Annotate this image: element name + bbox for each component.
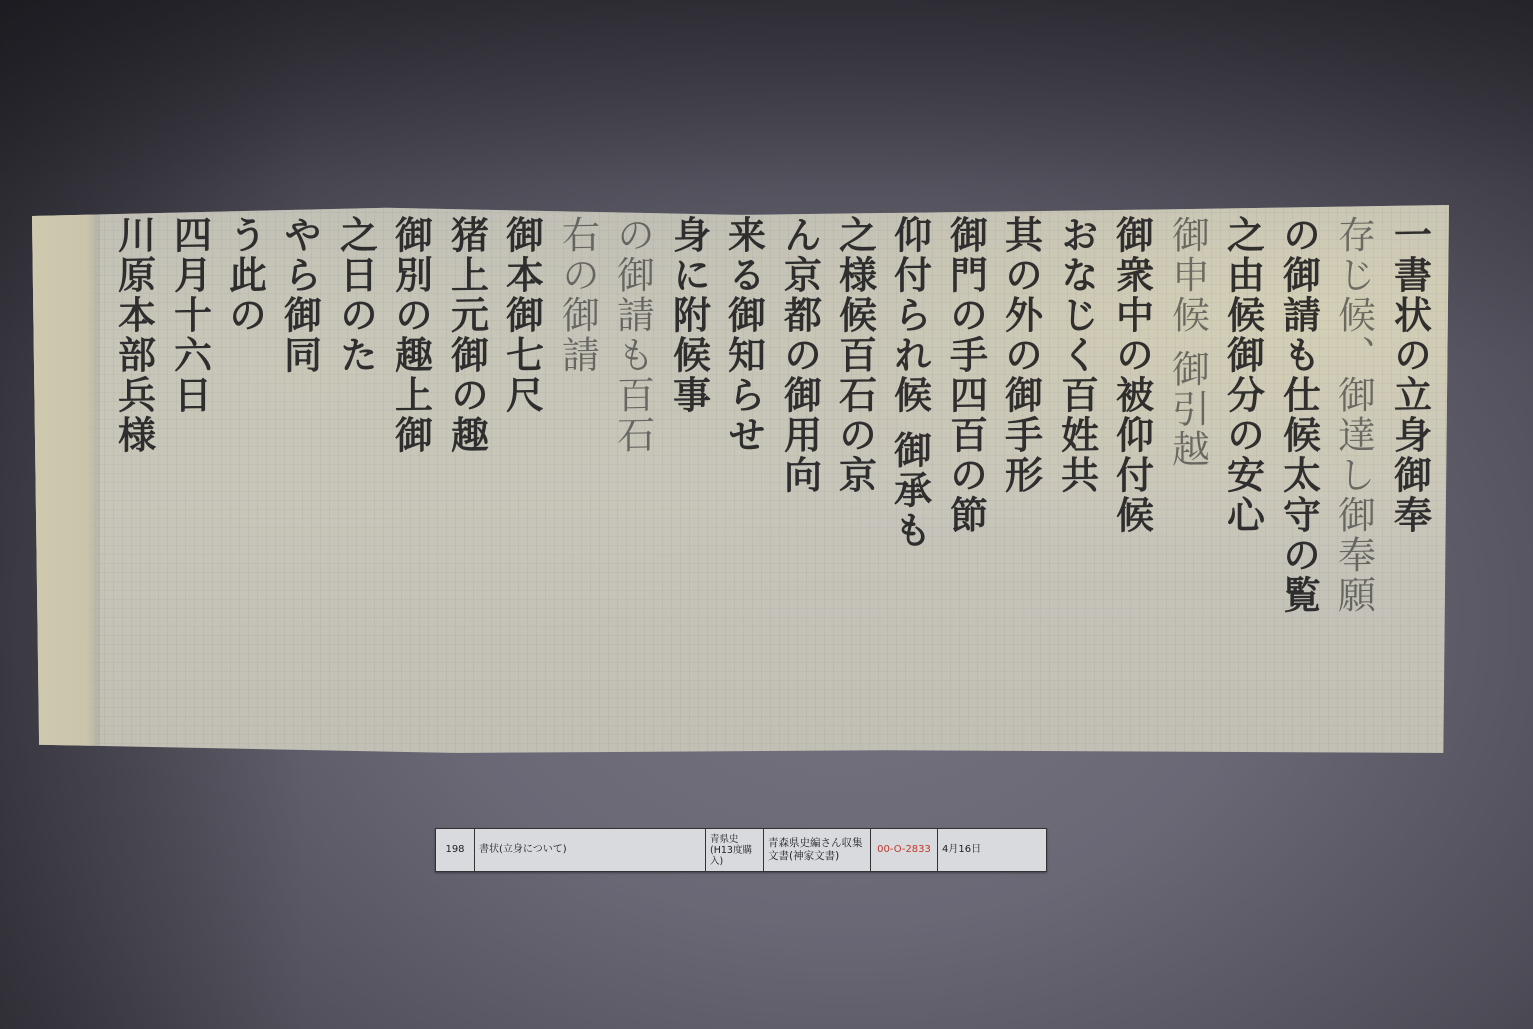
label-catalog-id: 00-O-2833 <box>871 829 938 871</box>
label-date: 4月16日 <box>938 829 1046 871</box>
text-column: 其の外の御手形 <box>999 215 1046 744</box>
label-number: 198 <box>436 829 475 871</box>
catalog-label: 198 書状(立身について) 青県史(H13度購入) 青森県史編さん収集文書(神… <box>435 828 1047 872</box>
calligraphy-text: 一書状の立身御奉 存じ候、御達し御奉願 の御請も仕候太守の覧 之由候御分の安心 … <box>112 215 1435 743</box>
date-column: 四月十六日 <box>168 215 215 744</box>
text-column: う此の <box>223 215 270 744</box>
text-column: ん京都の御用向 <box>778 215 825 744</box>
label-collection: 青森県史編さん収集文書(神家文書) <box>764 829 871 871</box>
text-column: 御申候 御引越 <box>1166 215 1213 744</box>
paper-fold-edge <box>32 205 100 753</box>
text-column: 之由候御分の安心 <box>1221 215 1268 744</box>
text-column: 一書状の立身御奉 <box>1388 215 1435 744</box>
text-column: 猪上元御の趣 <box>445 215 492 744</box>
text-column: 仰付られ候 御承も <box>888 215 935 744</box>
text-column: 御門の手四百の節 <box>944 215 991 744</box>
label-source: 青県史(H13度購入) <box>706 829 764 871</box>
text-column: 御別の趣上御 <box>389 215 436 744</box>
text-column: の御請も仕候太守の覧 <box>1277 215 1324 744</box>
text-column: 之様候百石の京 <box>833 215 880 744</box>
text-column: おなじく百姓共 <box>1055 215 1102 744</box>
text-column: 右の御請 <box>556 215 603 744</box>
text-column: 之日のた <box>334 215 381 744</box>
text-column: 存じ候、御達し御奉願 <box>1332 215 1379 744</box>
text-column: の御請も百石 <box>611 215 658 744</box>
letter-paper: 一書状の立身御奉 存じ候、御達し御奉願 の御請も仕候太守の覧 之由候御分の安心 … <box>32 205 1449 753</box>
text-column: やら御同 <box>278 215 325 744</box>
text-column: 身に附候事 <box>667 215 714 744</box>
label-title: 書状(立身について) <box>475 829 706 871</box>
addressee-column: 川原本部兵様 <box>112 215 159 744</box>
text-column: 御衆中の被仰付候 <box>1110 215 1157 744</box>
text-column: 来る御知らせ <box>722 215 769 744</box>
text-column: 御本御七尺 <box>500 215 547 744</box>
